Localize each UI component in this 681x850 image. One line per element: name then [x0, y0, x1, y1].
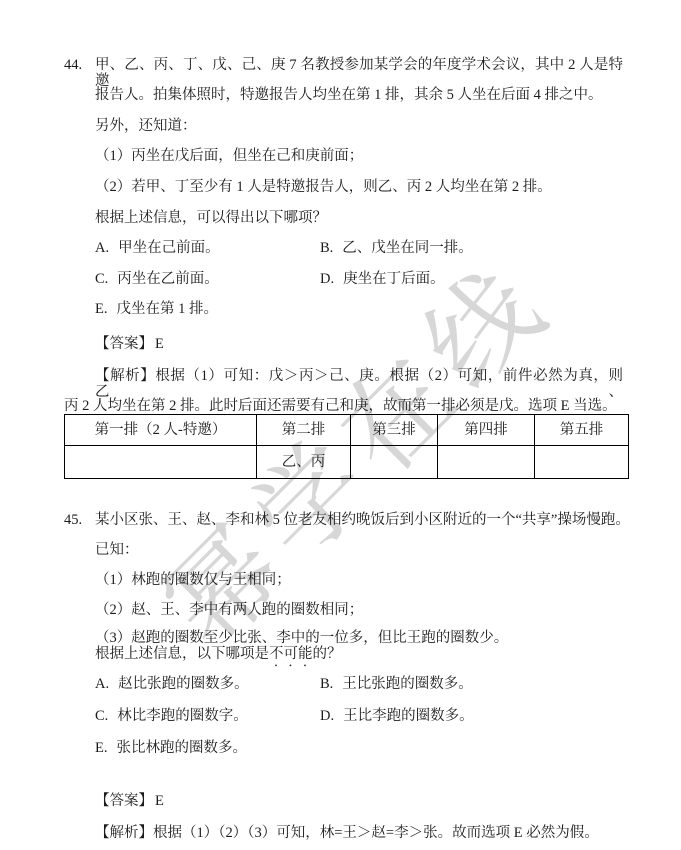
q44-seating-table: 第一排（2 人-特邀） 第二排 第三排 第四排 第五排 乙、丙: [64, 414, 629, 479]
q45-option-d-text: 王比李跑的圈数多。: [343, 708, 474, 724]
q44-option-c: C.丙坐在乙前面。: [95, 271, 219, 287]
q44-option-row-1: A.甲坐在己前面。 B.乙、戊坐在同一排。: [95, 240, 623, 256]
q44-answer-value: E: [155, 336, 164, 352]
q44-analysis-text-1: 根据（1）可知：戊＞丙＞己、庚。根据（2）可知，前件必然为真，则乙、: [95, 368, 623, 400]
q45-question-line: 根据上述信息，以下哪项是不可能的？: [95, 646, 342, 670]
q45-analysis-text: 根据（1）（2）（3）可知，林=王＞赵=李＞张。故而选项 E 必然为假。: [153, 825, 599, 841]
q45-option-e-text: 张比林跑的圈数多。: [116, 740, 247, 756]
q45-condition-2: （2）赵、王、李中有两人跑的圈数相同；: [95, 602, 363, 618]
q44-option-b-label: B.: [320, 240, 333, 256]
q44-option-a: A.甲坐在己前面。: [95, 240, 220, 256]
q44-condition-2: （2）若甲、丁至少有 1 人是特邀报告人，则乙、丙 2 人均坐在第 2 排。: [95, 179, 552, 195]
q45-option-e-label: E.: [95, 740, 107, 756]
q45-option-row-2: C.林比李跑的圈数字。 D.王比李跑的圈数多。: [95, 708, 623, 724]
q45-stem-text-1: 某小区张、王、赵、李和林 5 位老友相约晚饭后到小区附近的一个“共享”操场慢跑。: [95, 512, 630, 528]
table-header-row5: 第五排: [535, 415, 629, 446]
q45-option-a: A.赵比张跑的圈数多。: [95, 676, 249, 692]
q44-option-b-text: 乙、戊坐在同一排。: [342, 240, 473, 256]
table-cell-row4: [438, 446, 535, 479]
q45-question-post: 的？: [313, 646, 342, 662]
table-header-row2: 第二排: [257, 415, 351, 446]
q44-option-e: E.戊坐在第 1 排。: [95, 301, 218, 317]
table-header-row: 第一排（2 人-特邀） 第二排 第三排 第四排 第五排: [65, 415, 629, 446]
q45-condition-3: （3）赵跑的圈数至少比张、李中的一位多，但比王跑的圈数少。: [95, 630, 508, 646]
table-header-row3: 第三排: [351, 415, 438, 446]
q44-stem-line-3: 另外，还知道：: [95, 118, 197, 134]
table-header-row4: 第四排: [438, 415, 535, 446]
q45-option-c-label: C.: [95, 708, 108, 724]
q44-option-b: B.乙、戊坐在同一排。: [320, 240, 473, 256]
q45-stem-line-1: 45. 某小区张、王、赵、李和林 5 位老友相约晚饭后到小区附近的一个“共享”操…: [64, 512, 623, 528]
q45-condition-1: （1）林跑的圈数仅与王相同；: [95, 572, 291, 588]
q45-analysis-line: 【解析】根据（1）（2）（3）可知，林=王＞赵=李＞张。故而选项 E 必然为假。: [95, 825, 599, 841]
q44-condition-1: （1）丙坐在戊后面，但坐在己和庚前面；: [95, 148, 363, 164]
table-cell-row1: [65, 446, 257, 479]
q45-option-d-label: D.: [320, 708, 334, 724]
page-content: 44. 甲、乙、丙、丁、戊、己、庚 7 名教授参加某学会的年度学术会议，其中 2…: [0, 0, 681, 850]
q44-option-row-3: E.戊坐在第 1 排。: [95, 301, 623, 317]
q44-answer-line: 【答案】E: [95, 336, 164, 352]
q44-answer-label: 【答案】: [95, 336, 153, 352]
q45-option-a-text: 赵比张跑的圈数多。: [118, 676, 249, 692]
q45-option-a-label: A.: [95, 676, 109, 692]
q44-number: 44.: [64, 57, 95, 89]
q44-analysis-line-2: 丙 2 人均坐在第 2 排。此时后面还需要有己和庚，故而第一排必须是戊。选项 E…: [64, 398, 617, 414]
document-page: 幂学在线 44. 甲、乙、丙、丁、戊、己、庚 7 名教授参加某学会的年度学术会议…: [0, 0, 681, 850]
q44-stem-text-1: 甲、乙、丙、丁、戊、己、庚 7 名教授参加某学会的年度学术会议，其中 2 人是特…: [95, 57, 623, 89]
q45-number: 45.: [64, 512, 95, 528]
q44-option-c-text: 丙坐在乙前面。: [117, 271, 219, 287]
q44-option-row-2: C.丙坐在乙前面。 D.庚坐在丁后面。: [95, 271, 623, 287]
q44-option-e-text: 戊坐在第 1 排。: [116, 301, 218, 317]
table-header-row1: 第一排（2 人-特邀）: [65, 415, 257, 446]
q45-option-c: C.林比李跑的圈数字。: [95, 708, 248, 724]
table-data-row: 乙、丙: [65, 446, 629, 479]
q44-analysis-line-1: 【解析】根据（1）可知：戊＞丙＞己、庚。根据（2）可知，前件必然为真，则乙、: [95, 368, 623, 400]
q45-analysis-label: 【解析】: [95, 825, 153, 841]
table-cell-row5: [535, 446, 629, 479]
q44-option-e-label: E.: [95, 301, 107, 317]
q44-analysis-label: 【解析】: [95, 368, 155, 384]
q45-option-c-text: 林比李跑的圈数字。: [117, 708, 248, 724]
q44-option-a-label: A.: [95, 240, 109, 256]
q44-option-d-label: D.: [320, 271, 334, 287]
q45-option-b: B.王比张跑的圈数多。: [320, 676, 473, 692]
q45-answer-value: E: [155, 793, 164, 809]
table-cell-row2: 乙、丙: [257, 446, 351, 479]
q45-option-e: E.张比林跑的圈数多。: [95, 740, 247, 756]
q44-stem-line-1: 44. 甲、乙、丙、丁、戊、己、庚 7 名教授参加某学会的年度学术会议，其中 2…: [64, 57, 623, 89]
q45-option-b-label: B.: [320, 676, 333, 692]
q45-answer-line: 【答案】E: [95, 793, 164, 809]
q45-option-b-text: 王比张跑的圈数多。: [342, 676, 473, 692]
q45-option-row-3: E.张比林跑的圈数多。: [95, 740, 623, 756]
q44-option-c-label: C.: [95, 271, 108, 287]
q44-stem-line-2: 报告人。拍集体照时，特邀报告人均坐在第 1 排，其余 5 人坐在后面 4 排之中…: [95, 87, 603, 103]
q45-stem-line-2: 已知：: [95, 542, 139, 558]
q44-option-d: D.庚坐在丁后面。: [320, 271, 445, 287]
q45-answer-label: 【答案】: [95, 793, 153, 809]
q45-question-pre: 根据上述信息，以下哪项是: [95, 646, 269, 662]
q44-option-a-text: 甲坐在己前面。: [118, 240, 220, 256]
table-cell-row3: [351, 446, 438, 479]
q44-option-d-text: 庚坐在丁后面。: [343, 271, 445, 287]
q44-question-line: 根据上述信息，可以得出以下哪项？: [95, 210, 327, 226]
q45-option-row-1: A.赵比张跑的圈数多。 B.王比张跑的圈数多。: [95, 676, 623, 692]
q45-question-emphasis: 不可能: [269, 646, 313, 662]
q45-option-d: D.王比李跑的圈数多。: [320, 708, 474, 724]
